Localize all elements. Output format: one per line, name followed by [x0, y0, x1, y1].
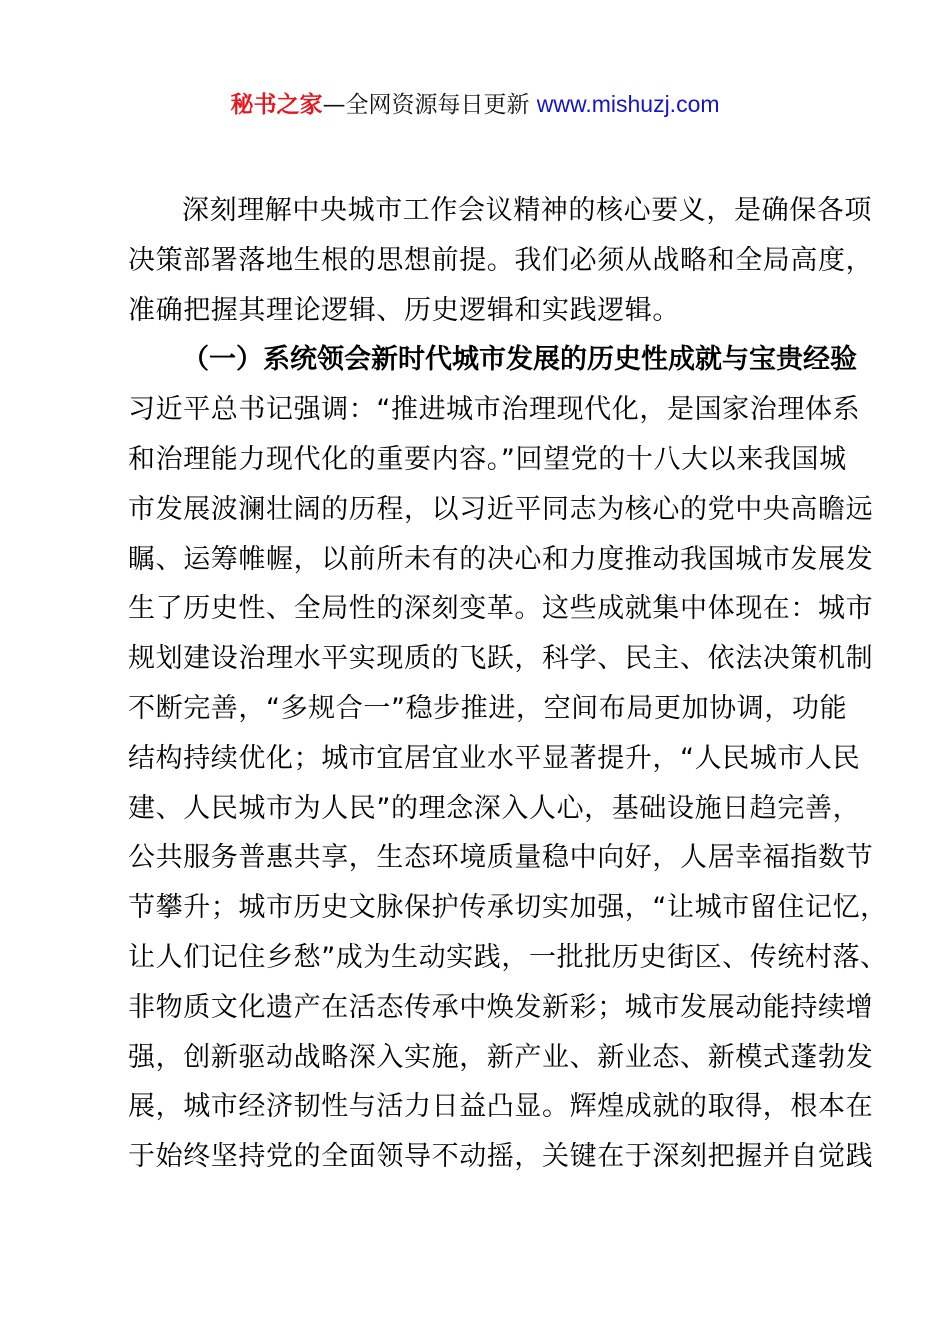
- site-url-link[interactable]: www.mishuzj.com: [537, 91, 720, 117]
- paragraph-line: 瞩、运筹帷幄，以前所未有的决心和力度推动我国城市发展发: [128, 535, 848, 585]
- paragraph-line: 深刻理解中央城市工作会议精神的核心要义，是确保各项: [128, 186, 848, 236]
- paragraph-line: 准确把握其理论逻辑、历史逻辑和实践逻辑。: [128, 286, 848, 336]
- paragraph-line: 节攀升；城市历史文脉保护传承切实加强，“让城市留住记忆，: [128, 883, 848, 933]
- section-heading: （一）系统领会新时代城市发展的历史性成就与宝贵经验: [128, 335, 848, 385]
- paragraph-line: 展，城市经济韧性与活力日益凸显。辉煌成就的取得，根本在: [128, 1082, 848, 1132]
- document-body: 深刻理解中央城市工作会议精神的核心要义，是确保各项 决策部署落地生根的思想前提。…: [128, 186, 848, 1182]
- paragraph-line: 不断完善，“多规合一”稳步推进，空间布局更加协调，功能: [128, 684, 848, 734]
- paragraph-line: 决策部署落地生根的思想前提。我们必须从战略和全局高度，: [128, 236, 848, 286]
- paragraph-line: 规划建设治理水平实现质的飞跃，科学、民主、依法决策机制: [128, 634, 848, 684]
- paragraph-line: 结构持续优化；城市宜居宜业水平显著提升，“人民城市人民: [128, 734, 848, 784]
- paragraph-line: 市发展波澜壮阔的历程，以习近平同志为核心的党中央高瞻远: [128, 485, 848, 535]
- paragraph-line: 于始终坚持党的全面领导不动摇，关键在于深刻把握并自觉践: [128, 1132, 848, 1182]
- paragraph-line: 强，创新驱动战略深入实施，新产业、新业态、新模式蓬勃发: [128, 1033, 848, 1083]
- paragraph-line: 生了历史性、全局性的深刻变革。这些成就集中体现在：城市: [128, 584, 848, 634]
- paragraph-line: 和治理能力现代化的重要内容。”回望党的十八大以来我国城: [128, 435, 848, 485]
- header-tagline: —全网资源每日更新: [322, 92, 529, 118]
- brand-name: 秘书之家: [230, 92, 322, 118]
- paragraph-line: 让人们记住乡愁”成为生动实践，一批批历史街区、传统村落、: [128, 933, 848, 983]
- paragraph-line: 公共服务普惠共享，生态环境质量稳中向好，人居幸福指数节: [128, 833, 848, 883]
- site-header: 秘书之家—全网资源每日更新 www.mishuzj.com: [0, 88, 950, 121]
- paragraph-line: 非物质文化遗产在活态传承中焕发新彩；城市发展动能持续增: [128, 983, 848, 1033]
- paragraph-line: 习近平总书记强调：“推进城市治理现代化，是国家治理体系: [128, 385, 848, 435]
- paragraph-line: 建、人民城市为人民”的理念深入人心，基础设施日趋完善，: [128, 784, 848, 834]
